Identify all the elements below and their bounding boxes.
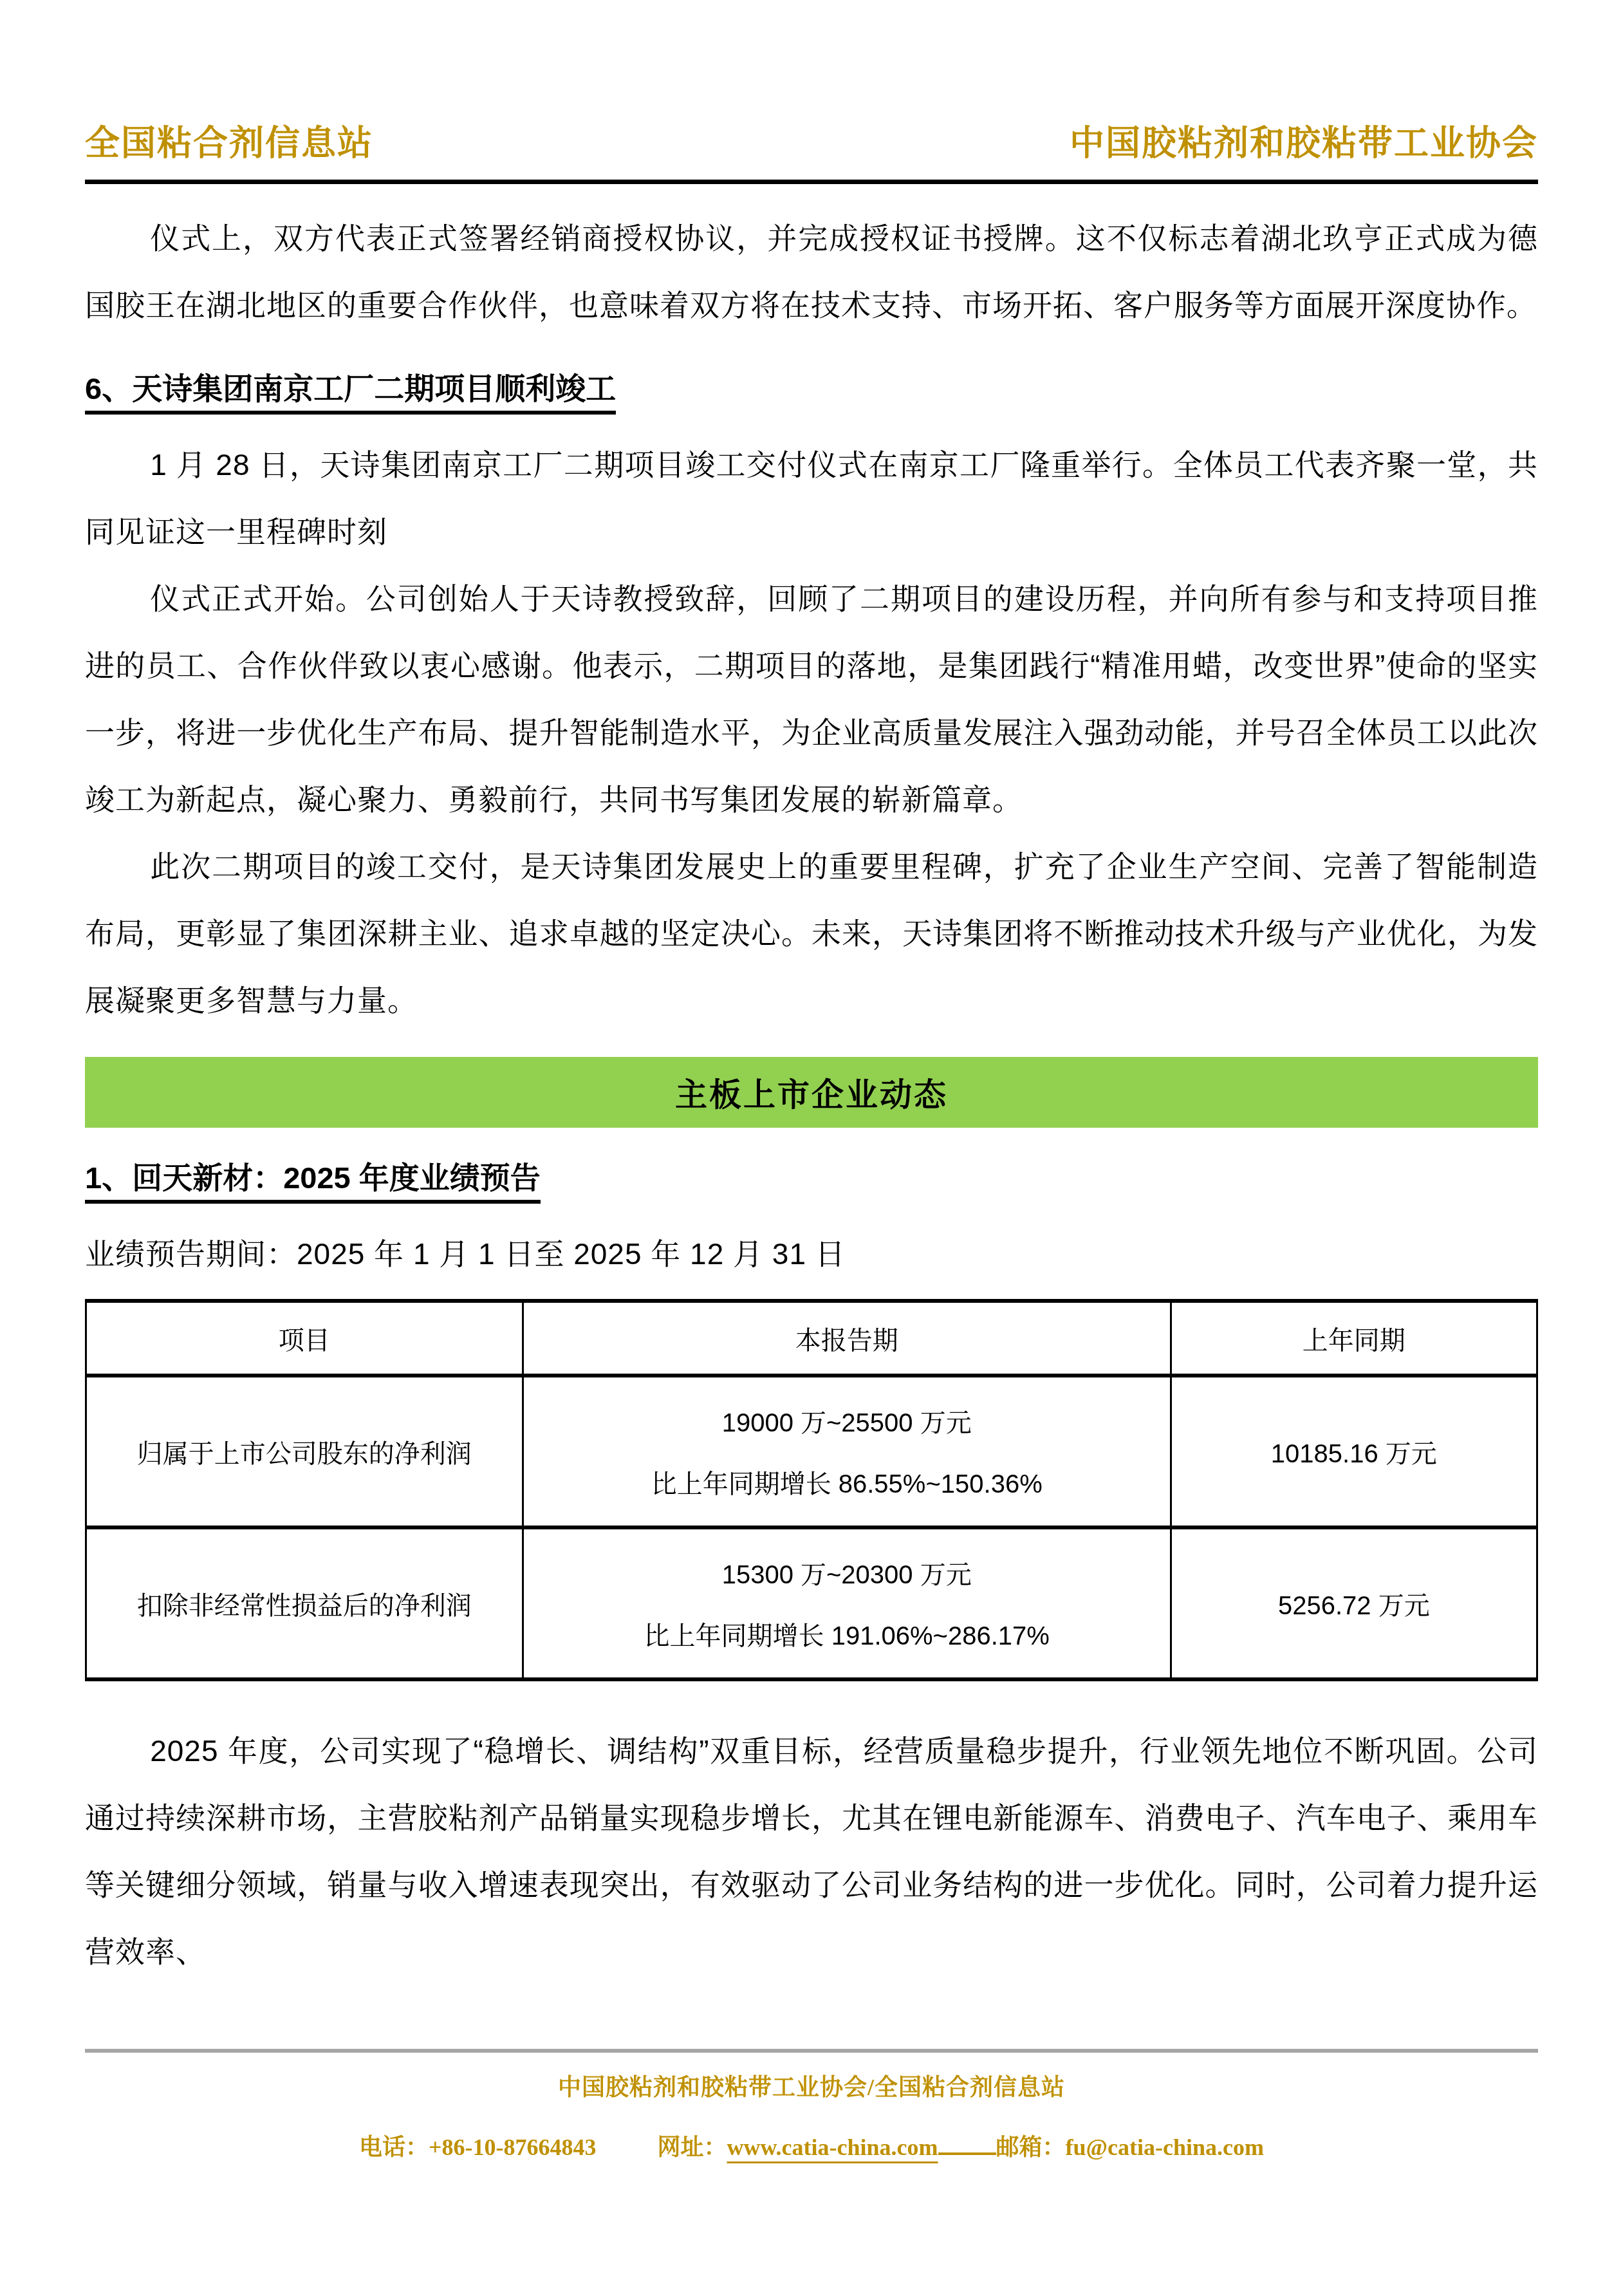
table-cell-prior: 10185.16 万元 (1171, 1376, 1537, 1527)
underline-extension (938, 2129, 996, 2155)
section-banner: 主板上市企业动态 (85, 1057, 1538, 1128)
section6-paragraph-2: 仪式正式开始。公司创始人于天诗教授致辞，回顾了二期项目的建设历程，并向所有参与和… (85, 565, 1538, 833)
table-cell-item: 扣除非经常性损益后的净利润 (86, 1527, 523, 1679)
masthead-left-title: 全国粘合剂信息站 (85, 116, 373, 165)
footer-website-link[interactable]: www.catia-china.com (727, 2134, 938, 2160)
current-growth: 比上年同期增长 191.06%~286.17% (530, 1616, 1164, 1652)
footer-divider-rule (85, 2049, 1538, 2053)
current-value: 15300 万~20300 万元 (530, 1554, 1164, 1591)
huitian-heading: 1、回天新材：2025 年度业绩预告 (85, 1144, 1538, 1211)
earnings-forecast-table: 项目 本报告期 上年同期 归属于上市公司股东的净利润 19000 万~25500… (85, 1299, 1538, 1681)
table-cell-prior: 5256.72 万元 (1171, 1527, 1537, 1679)
huitian-heading-text: 1、回天新材：2025 年度业绩预告 (85, 1161, 541, 1204)
newsletter-page: 全国粘合剂信息站 中国胶粘剂和胶粘带工业协会 仪式上，双方代表正式签署经销商授权… (0, 0, 1623, 2296)
masthead-divider-rule (85, 180, 1538, 184)
table-row: 扣除非经常性损益后的净利润 15300 万~20300 万元 比上年同期增长 1… (86, 1527, 1537, 1679)
table-cell-item: 归属于上市公司股东的净利润 (86, 1376, 523, 1527)
footer-phone-label: 电话： (359, 2134, 429, 2160)
table-cell-current: 19000 万~25500 万元 比上年同期增长 86.55%~150.36% (523, 1376, 1171, 1527)
section6-paragraph-3: 此次二期项目的竣工交付，是天诗集团发展史上的重要里程碑，扩充了企业生产空间、完善… (85, 833, 1538, 1034)
table-header-prior: 上年同期 (1171, 1301, 1537, 1376)
masthead-right-title: 中国胶粘剂和胶粘带工业协会 (1070, 116, 1538, 165)
current-value: 19000 万~25500 万元 (530, 1403, 1164, 1439)
footer-website-label: 网址： (658, 2134, 727, 2160)
section-banner-title: 主板上市企业动态 (675, 1069, 948, 1115)
table-header-current: 本报告期 (523, 1301, 1171, 1376)
current-growth: 比上年同期增长 86.55%~150.36% (530, 1464, 1164, 1500)
footer-email-label: 邮箱： (996, 2134, 1066, 2160)
huitian-paragraph: 2025 年度，公司实现了“稳增长、调结构”双重目标，经营质量稳步提升，行业领先… (85, 1717, 1538, 1985)
table-row: 归属于上市公司股东的净利润 19000 万~25500 万元 比上年同期增长 8… (86, 1376, 1537, 1527)
section6-heading-text: 6、天诗集团南京工厂二期项目顺利竣工 (85, 371, 616, 415)
masthead: 全国粘合剂信息站 中国胶粘剂和胶粘带工业协会 (85, 116, 1538, 165)
footer-organization: 中国胶粘剂和胶粘带工业协会/全国粘合剂信息站 (85, 2069, 1538, 2102)
footer-phone-number: +86-10-87664843 (429, 2134, 597, 2160)
forecast-period-line: 业绩预告期间：2025 年 1 月 1 日至 2025 年 12 月 31 日 (85, 1220, 1538, 1287)
table-header-item: 项目 (86, 1301, 523, 1376)
table-cell-current: 15300 万~20300 万元 比上年同期增长 191.06%~286.17% (523, 1527, 1171, 1679)
footer-contacts: 电话：+86-10-87664843网址：www.catia-china.com… (85, 2129, 1538, 2162)
section6-paragraph-1: 1 月 28 日，天诗集团南京工厂二期项目竣工交付仪式在南京工厂隆重举行。全体员… (85, 431, 1538, 565)
table-header-row: 项目 本报告期 上年同期 (86, 1301, 1537, 1376)
footer-email-link[interactable]: fu@catia-china.com (1066, 2134, 1264, 2160)
section6-heading: 6、天诗集团南京工厂二期项目顺利竣工 (85, 355, 1538, 422)
intro-paragraph: 仪式上，双方代表正式签署经销商授权协议，并完成授权证书授牌。这不仅标志着湖北玖亨… (85, 205, 1538, 339)
page-footer: 中国胶粘剂和胶粘带工业协会/全国粘合剂信息站 电话：+86-10-8766484… (85, 2049, 1538, 2162)
